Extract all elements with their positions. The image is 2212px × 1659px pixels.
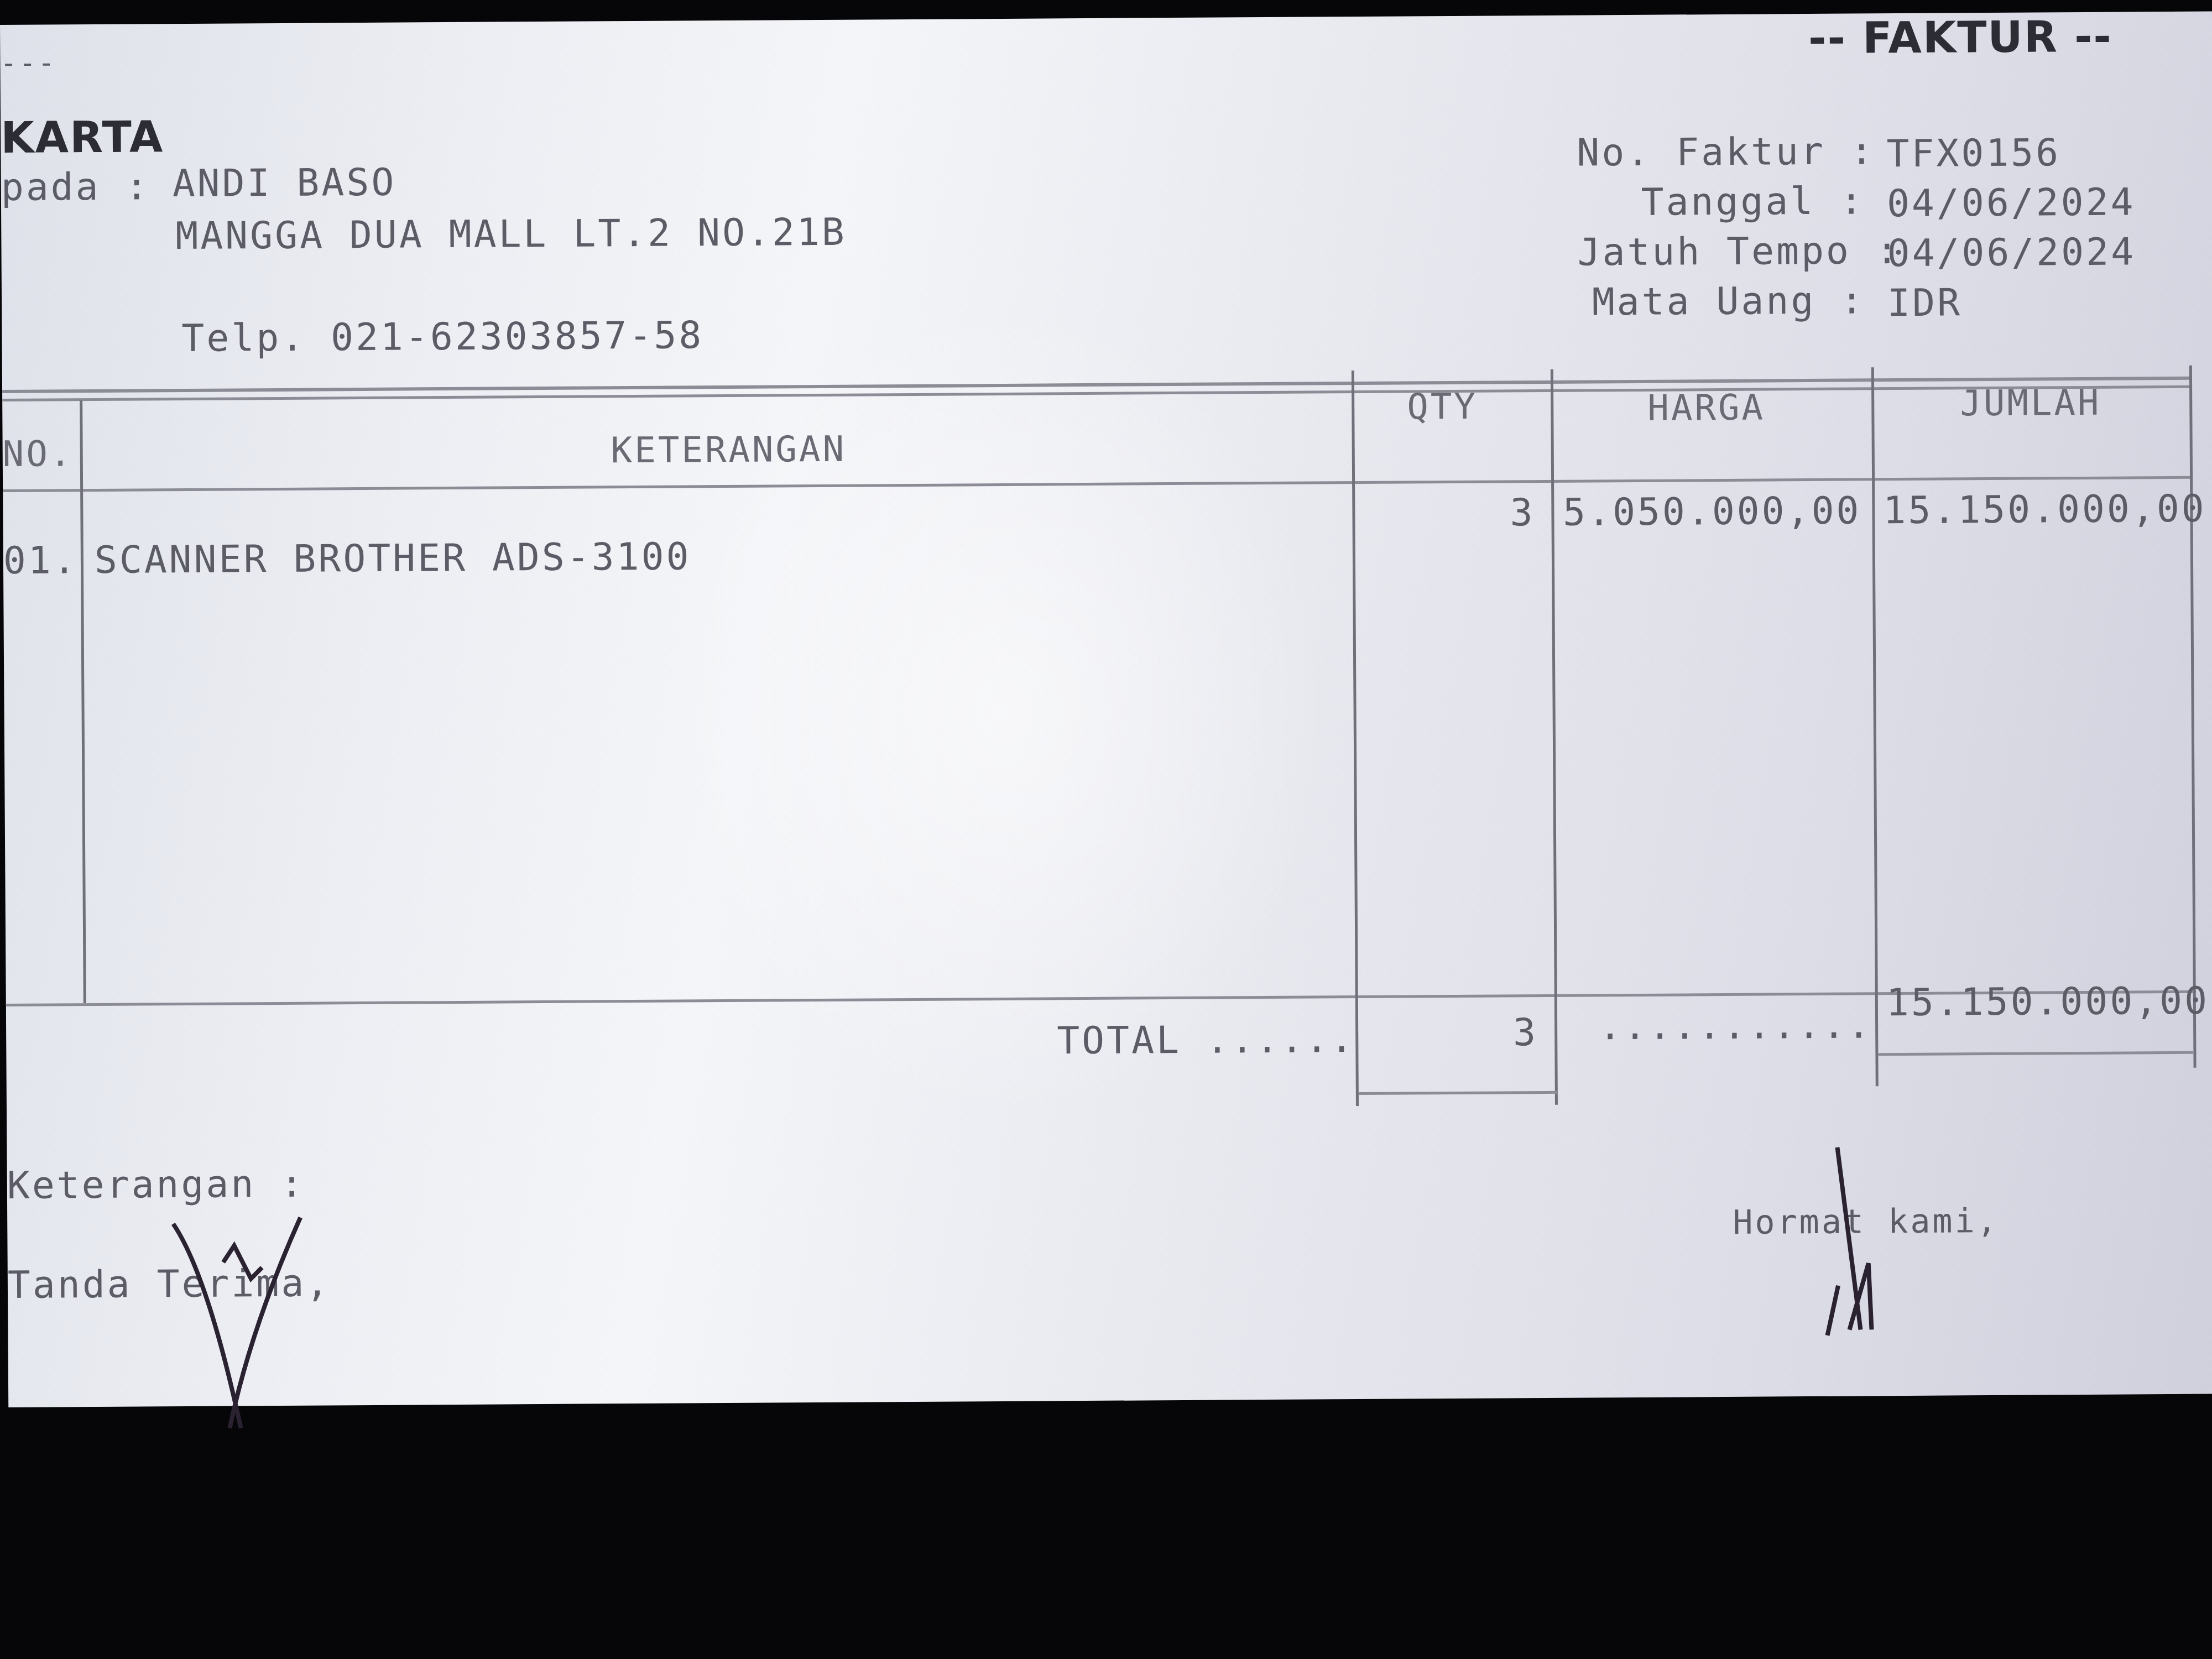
column-header-qty: QTY <box>1407 387 1478 428</box>
column-header-keterangan: KETERANGAN <box>611 429 846 472</box>
recipient-label: pada : <box>1 165 150 210</box>
total-amount-underline <box>1878 1051 2193 1056</box>
total-qty-underline <box>1359 1091 1558 1095</box>
table-header-rule <box>3 476 2193 492</box>
meta-label: No. Faktur : <box>1577 129 1864 175</box>
row-amount: 15.150.000,00 <box>1883 487 2182 533</box>
due-date: 04/06/2024 <box>1887 230 2136 275</box>
table-top-rule <box>2 377 2192 393</box>
recipient-address: MANGGA DUA MALL LT.2 NO.21B <box>175 211 847 258</box>
column-divider <box>1871 367 1879 1086</box>
column-header-jumlah: JUMLAH <box>1960 383 2101 425</box>
column-header-no: NO. <box>3 434 74 475</box>
total-qty: 3 <box>1366 1011 1538 1056</box>
recipient-name: ANDI BASO <box>173 161 397 206</box>
row-no: 01. <box>3 539 78 583</box>
city-fragment: KARTA <box>1 112 164 163</box>
invoice-number: TFX0156 <box>1886 131 2060 176</box>
recipient-phone: Telp. 021-62303857-58 <box>181 314 703 361</box>
row-description: SCANNER BROTHER ADS-3100 <box>95 535 691 582</box>
notes-label: Keterangan : <box>7 1162 306 1208</box>
row-qty: 3 <box>1363 491 1535 536</box>
total-amount: 15.150.000,00 <box>1886 979 2185 1025</box>
invoice-paper: --- KARTA pada : ANDI BASO MANGGA DUA MA… <box>0 12 2212 1407</box>
column-header-harga: HARGA <box>1647 388 1765 429</box>
sender-signature-icon <box>1815 1141 1916 1341</box>
currency: IDR <box>1887 281 1962 325</box>
total-label: TOTAL ...... <box>1057 1018 1355 1063</box>
column-divider <box>2189 366 2197 1068</box>
meta-label: Tanggal : <box>1577 179 1865 225</box>
row-price: 5.050.000,00 <box>1562 489 1861 534</box>
meta-label: Mata Uang : <box>1578 279 1865 324</box>
document-type-title: -- FAKTUR -- <box>1808 12 2112 64</box>
invoice-date: 04/06/2024 <box>1887 180 2136 226</box>
total-dots: ........... <box>1599 1003 1872 1048</box>
receiver-signature-icon <box>162 1212 329 1434</box>
top-left-fragment: --- <box>0 46 57 79</box>
meta-label: Jatuh Tempo : <box>1577 229 1865 274</box>
